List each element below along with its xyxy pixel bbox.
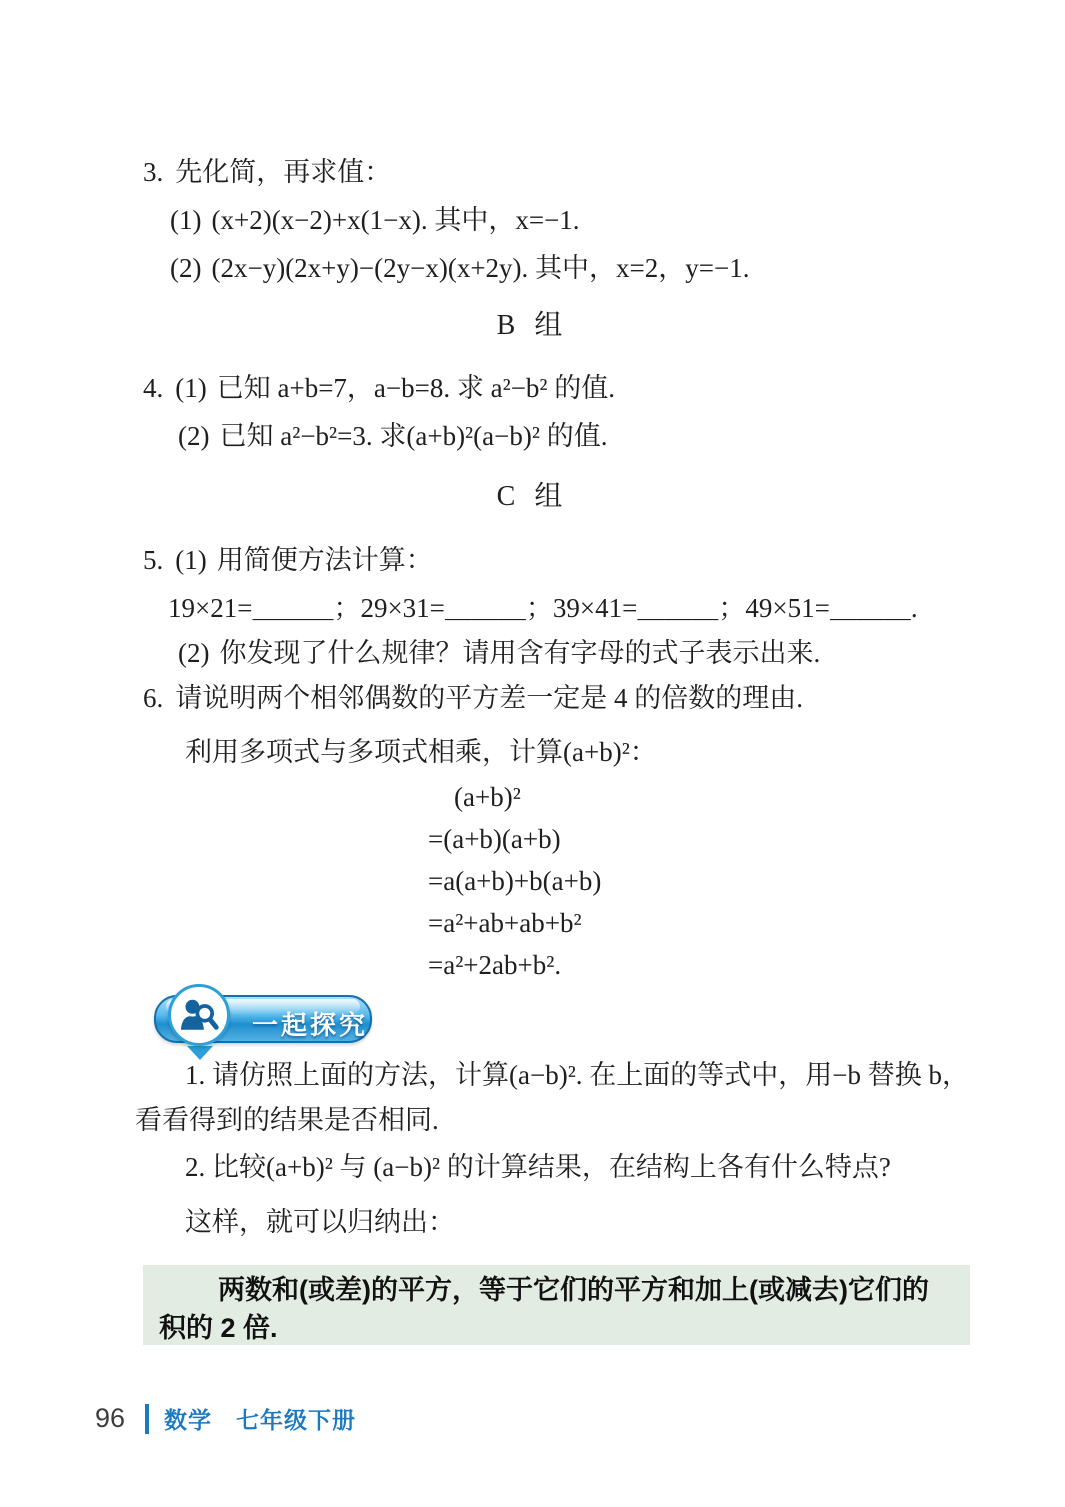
exercise-5-item-2: (2)你发现了什么规律？请用含有字母的式子表示出来.: [178, 631, 820, 670]
derivation-line: =a²+2ab+b².: [428, 944, 601, 986]
exercise-5-item-1: 5.(1)用简便方法计算：: [143, 538, 433, 577]
derivation-line: (a+b)²: [428, 776, 601, 818]
item-text: 已知 a²−b²=3. 求(a+b)²(a−b)² 的值.: [219, 421, 607, 451]
explore-question-1: 1. 请仿照上面的方法，计算(a−b)². 在上面的等式中，用−b 替换 b，看…: [135, 1053, 980, 1143]
exercise-number: 5.: [143, 545, 163, 576]
conclusion-transition: 这样，就可以归纳出：: [185, 1200, 455, 1239]
exercise-number: 4.: [143, 373, 163, 404]
item-label: (1): [175, 373, 206, 404]
item-label: (2): [178, 638, 209, 669]
item-text: 你发现了什么规律？请用含有字母的式子表示出来.: [219, 638, 820, 668]
chevron-down-icon: [187, 1046, 213, 1060]
calculation-blanks: 19×21=＿＿＿；29×31=＿＿＿；39×41=＿＿＿；49×51=＿＿＿.: [168, 593, 918, 623]
exercise-5-calculation-line: 19×21=＿＿＿；29×31=＿＿＿；39×41=＿＿＿；49×51=＿＿＿.: [168, 586, 918, 625]
derivation-block: (a+b)² =(a+b)(a+b) =a(a+b)+b(a+b) =a²+ab…: [428, 776, 601, 986]
conclusion-highlight-box: 两数和(或差)的平方，等于它们的平方和加上(或减去)它们的积的 2 倍.: [143, 1265, 970, 1345]
exercise-3-item-1: (1)(x+2)(x−2)+x(1−x). 其中，x=−1.: [170, 198, 580, 237]
derivation-intro: 利用多项式与多项式相乘，计算(a+b)²：: [185, 730, 657, 769]
derivation-line: =a(a+b)+b(a+b): [428, 860, 601, 902]
item-text: (x+2)(x−2)+x(1−x). 其中，x=−1.: [211, 205, 579, 235]
person-magnifier-icon: [168, 984, 230, 1046]
exercise-number: 6.: [143, 683, 163, 714]
item-label: (2): [178, 421, 209, 452]
page-footer: 96 数学 七年级下册: [95, 1402, 356, 1435]
explore-question-2: 2. 比较(a+b)² 与 (a−b)² 的计算结果，在结构上各有什么特点?: [135, 1145, 980, 1190]
item-label: (1): [170, 205, 201, 236]
item-text: 请说明两个相邻偶数的平方差一定是 4 的倍数的理由.: [175, 683, 803, 713]
exercise-6-line: 6.请说明两个相邻偶数的平方差一定是 4 的倍数的理由.: [143, 676, 803, 715]
derivation-line: =a²+ab+ab+b²: [428, 902, 601, 944]
footer-divider: [145, 1404, 149, 1434]
exercise-title: 先化简，再求值：: [175, 157, 391, 187]
page-number: 96: [95, 1403, 125, 1434]
exercise-3-title-line: 3.先化简，再求值：: [143, 150, 391, 189]
exercise-number: 3.: [143, 157, 163, 188]
item-label: (2): [170, 253, 201, 284]
derivation-line: =(a+b)(a+b): [428, 818, 601, 860]
exercise-4-item-1: 4.(1)已知 a+b=7，a−b=8. 求 a²−b² 的值.: [143, 366, 615, 405]
item-label: (1): [175, 545, 206, 576]
section-b-heading: B 组: [0, 303, 1065, 343]
textbook-page: 3.先化简，再求值： (1)(x+2)(x−2)+x(1−x). 其中，x=−1…: [0, 0, 1065, 1507]
item-text: 已知 a+b=7，a−b=8. 求 a²−b² 的值.: [217, 373, 615, 403]
section-c-heading: C 组: [0, 474, 1065, 514]
item-text: 用简便方法计算：: [217, 545, 433, 575]
badge-label: 一起探究: [236, 982, 384, 1064]
item-text: (2x−y)(2x+y)−(2y−x)(x+2y). 其中，x=2，y=−1.: [211, 253, 749, 283]
exercise-3-item-2: (2)(2x−y)(2x+y)−(2y−x)(x+2y). 其中，x=2，y=−…: [170, 246, 749, 285]
exercise-4-item-2: (2)已知 a²−b²=3. 求(a+b)²(a−b)² 的值.: [178, 414, 607, 453]
book-title: 数学 七年级下册: [164, 1402, 356, 1435]
